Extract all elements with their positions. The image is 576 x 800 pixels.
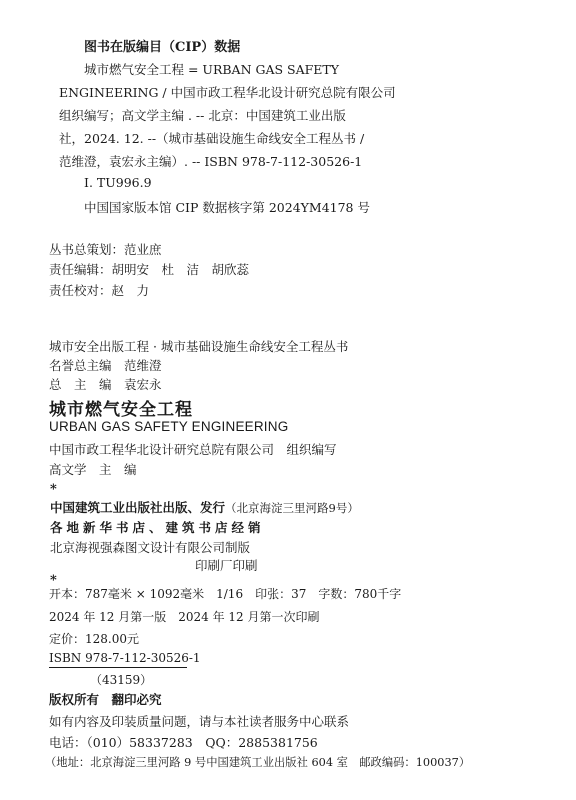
responsible-editors: 责任编辑：胡明安 杜 洁 胡欣蕊 xyxy=(49,260,249,278)
cip-heading: 图书在版编目（CIP）数据 xyxy=(84,36,240,55)
cip-line: 组织编写；高文学主编 . -- 北京：中国建筑工业出版 xyxy=(59,106,346,124)
book-code: （43159） xyxy=(90,671,152,688)
contact-info: 电话：（010）58337283 QQ：2885381756 xyxy=(49,733,318,751)
cip-line: 城市燃气安全工程 = URBAN GAS SAFETY xyxy=(84,60,339,78)
publisher-address: （北京海淀三里河路9号） xyxy=(225,501,359,515)
responsible-proofreader: 责任校对：赵 力 xyxy=(49,281,149,299)
quality-notice: 如有内容及印装质量问题，请与本社读者服务中心联系 xyxy=(49,712,349,730)
series-planner: 丛书总策划：范业庶 xyxy=(49,240,162,258)
editor: 高文学 主 编 xyxy=(49,460,137,478)
price: 定价：128.00元 xyxy=(49,630,139,647)
series-name: 城市安全出版工程 · 城市基础设施生命线安全工程丛书 xyxy=(49,337,348,355)
copyright-notice: 版权所有 翻印必究 xyxy=(49,690,162,708)
cip-line: 范维澄，袁宏永主编）. -- ISBN 978-7-112-30526-1 xyxy=(59,152,362,170)
honorary-chief-editor: 名誉总主编 范维澄 xyxy=(49,356,162,374)
publisher: 中国建筑工业出版社出版、发行（北京海淀三里河路9号） xyxy=(50,498,359,516)
cip-classification: Ⅰ. TU996.9 xyxy=(84,175,152,190)
book-title-en: URBAN GAS SAFETY ENGINEERING xyxy=(49,419,288,434)
isbn-divider xyxy=(49,667,187,668)
cip-line: ENGINEERING / 中国市政工程华北设计研究总院有限公司 xyxy=(59,83,396,101)
printer: 印刷厂印刷 xyxy=(195,556,258,574)
format-info: 开本：787毫米 × 1092毫米 1/16 印张：37 字数：780千字 xyxy=(49,585,401,602)
separator-asterisk: * xyxy=(50,482,57,497)
cip-line: 社，2024. 12. --（城市基础设施生命线安全工程丛书 / xyxy=(59,129,364,147)
distributor: 各地新华书店、建筑书店经销 xyxy=(50,518,265,536)
isbn: ISBN 978-7-112-30526-1 xyxy=(49,651,201,665)
chief-editor: 总 主 编 袁宏永 xyxy=(49,375,162,393)
plate-maker: 北京海视强森图文设计有限公司制版 xyxy=(50,538,250,556)
edition-info: 2024 年 12 月第一版 2024 年 12 月第一次印刷 xyxy=(49,608,320,625)
cip-registration: 中国国家版本馆 CIP 数据核字第 2024YM4178 号 xyxy=(84,198,370,216)
address-info: （地址：北京海淀三里河路 9 号中国建筑工业出版社 604 室 邮政编码：100… xyxy=(45,754,470,770)
organizer: 中国市政工程华北设计研究总院有限公司 组织编写 xyxy=(49,440,337,458)
book-title-cn: 城市燃气安全工程 xyxy=(49,395,193,420)
publisher-name: 中国建筑工业出版社出版、发行 xyxy=(50,500,225,515)
